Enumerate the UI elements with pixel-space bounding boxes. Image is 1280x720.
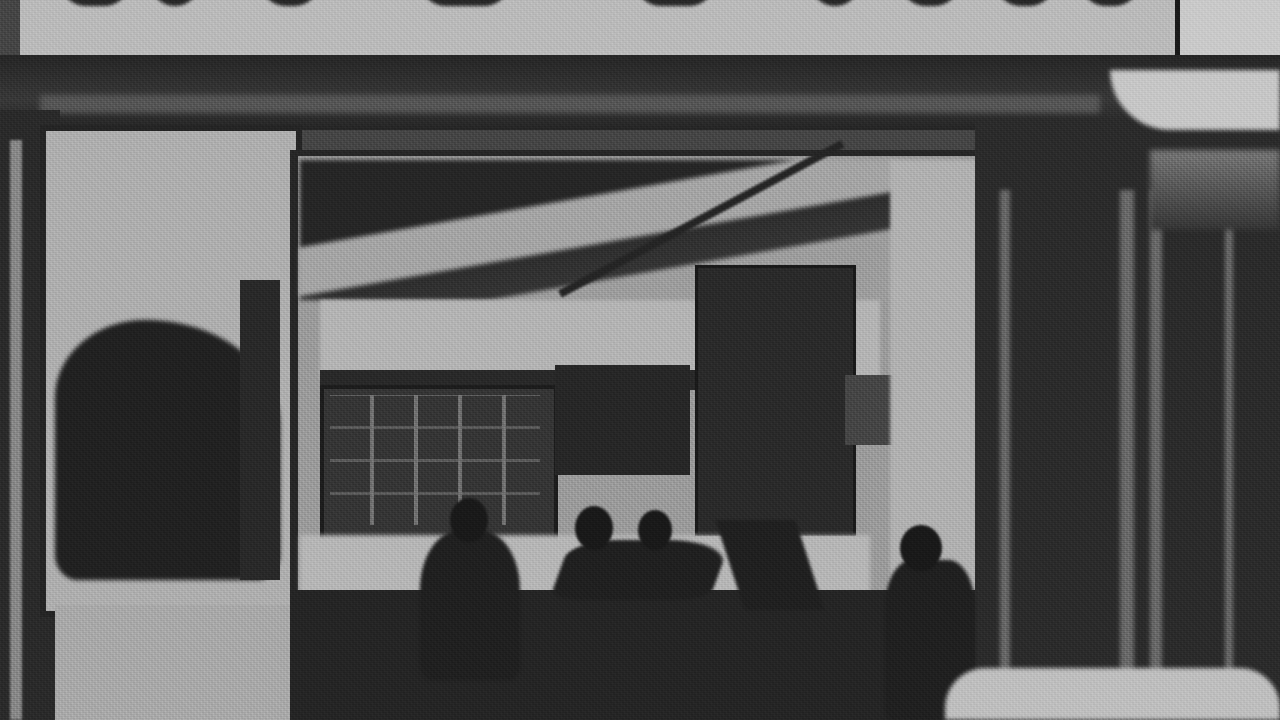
shelving-grid <box>330 395 540 525</box>
sign-character <box>420 0 510 6</box>
curtain-stripe <box>1225 190 1233 690</box>
curtain-stripe <box>1150 190 1162 690</box>
figures-center-body <box>549 540 731 600</box>
sign-character <box>1080 0 1140 6</box>
left-pillar-edge <box>10 140 22 720</box>
historical-photo: Historical interior scene viewed through… <box>0 0 1280 720</box>
tall-cabinet <box>695 265 856 536</box>
sign-character <box>810 0 860 6</box>
left-lower-panel <box>55 605 290 720</box>
right-mid-highlight <box>1150 150 1280 230</box>
counter-front <box>290 590 980 720</box>
signboard: Signboard text (East Asian characters) i… <box>20 0 1181 59</box>
dark-cabinet <box>555 365 690 475</box>
sign-character <box>635 0 715 6</box>
figure-center-b-head <box>638 510 672 550</box>
sign-character <box>900 0 960 6</box>
beam-highlight <box>40 95 1100 113</box>
bottom-right-highlight <box>945 668 1280 720</box>
sign-character <box>260 0 320 6</box>
seated-figure-left-head <box>450 498 488 542</box>
sign-character <box>60 0 130 6</box>
figure-center-a-head <box>575 506 613 550</box>
curtain-stripe <box>1120 190 1134 690</box>
sign-character <box>150 0 200 6</box>
lintel-beam <box>0 55 1280 130</box>
photo-description: Historical interior scene viewed through… <box>0 0 1 1</box>
sign-character <box>995 0 1055 6</box>
curtain-stripe <box>1000 190 1010 690</box>
sign-right-background <box>1180 0 1280 55</box>
seated-figure-left-body <box>420 530 520 680</box>
cabinet-side <box>845 375 895 445</box>
left-window-frame <box>240 280 280 580</box>
figure-right-head <box>900 525 942 571</box>
